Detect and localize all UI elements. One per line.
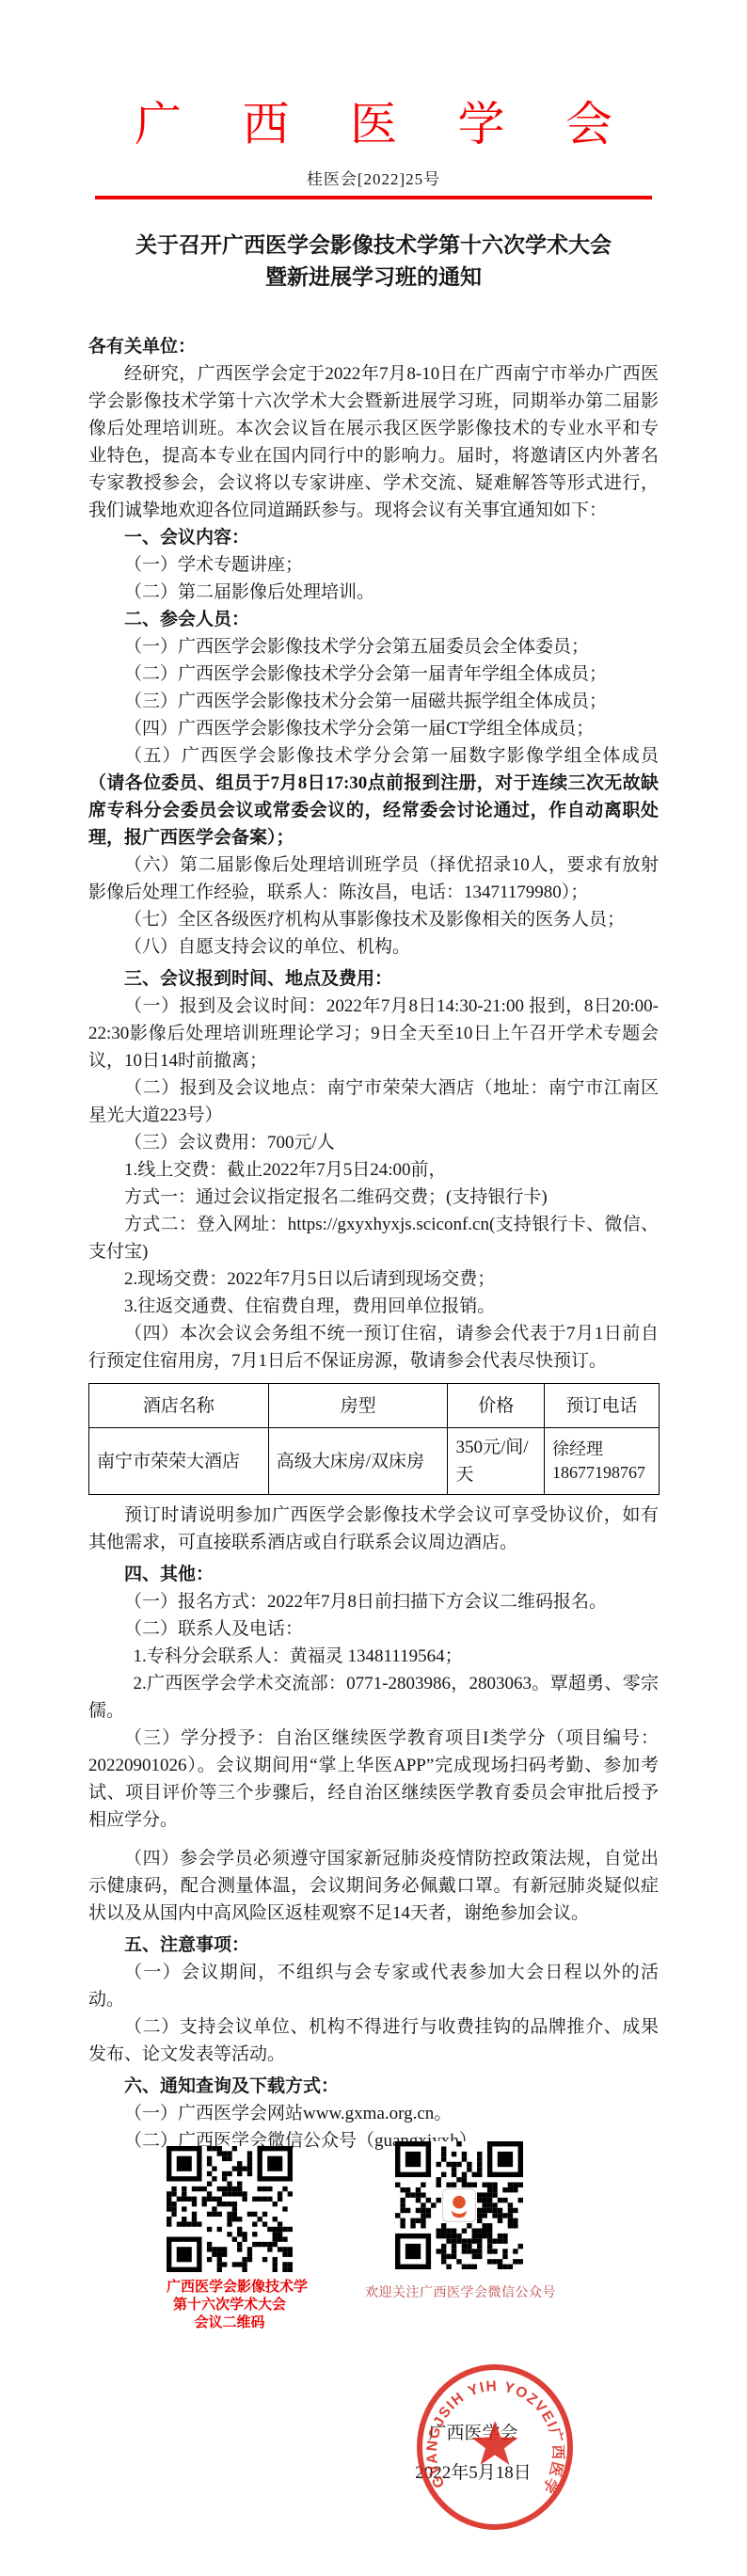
section3-item4: （四）本次会议会务组不统一预订住宿，请参会代表于7月1日前自行预定住宿用房，7月… (88, 1320, 659, 1375)
hotel-name-cell: 南宁市荣荣大酒店 (89, 1428, 269, 1495)
hotel-phone-cell: 徐经理 18677198767 (544, 1428, 659, 1495)
section3-item2: （二）报到及会议地点：南宁市荣荣大酒店（地址：南宁市江南区星光大道223号） (88, 1074, 659, 1129)
official-seal: GVANGJSIH YIH YOZVEI广西医学会 (412, 2361, 578, 2533)
section4-sub1: 1.专科分会联系人：黄福灵 13481119564； (88, 1643, 659, 1670)
section3-sub1-way1: 方式一：通过会议指定报名二维码交费；(支持银行卡) (88, 1184, 659, 1211)
section1-item2: （二）第二届影像后处理培训。 (88, 579, 659, 606)
section2-item2: （二）广西医学会影像技术学分会第一届青年学组全体成员； (88, 660, 659, 688)
section3-item3: （三）会议费用：700元/人 (88, 1129, 659, 1156)
section3-sub3: 3.往返交通费、住宿费自理，费用回单位报销。 (88, 1293, 659, 1320)
hotel-table-header-room: 房型 (268, 1384, 448, 1428)
conference-qr-block: 广西医学会影像技术学 第十六次学术大会 会议二维码 (167, 2146, 293, 2332)
after-table-paragraph: 预订时请说明参加广西医学会影像技术学会议可享受协议价，如有其他需求，可直接联系酒… (88, 1502, 659, 1556)
section2-heading: 二、参会人员： (88, 606, 659, 633)
section2-item5: （五）广西医学会影像技术学分会第一届数字影像学组全体成员（请各位委员、组员于7月… (88, 742, 659, 851)
wechat-qr-caption: 欢迎关注广西医学会微信公众号 (365, 2282, 553, 2301)
section2-item8: （八）自愿支持会议的单位、机构。 (88, 933, 659, 961)
conference-qr-caption-line3: 会议二维码 (167, 2314, 293, 2332)
section6-item1: （一）广西医学会网站www.gxma.org.cn。 (88, 2100, 659, 2127)
section2-item7: （七）全区各级医疗机构从事影像技术及影像相关的医务人员； (88, 906, 659, 933)
section4-item4: （四）参会学员必须遵守国家新冠肺炎疫情防控政策法规，自觉出示健康码，配合测量体温… (88, 1845, 659, 1927)
section3-item1: （一）报到及会议时间：2022年7月8日14:30-21:00 报到，8日20:… (88, 993, 659, 1074)
doc-title-line1: 关于召开广西医学会影像技术学第十六次学术大会 (0, 230, 747, 262)
hotel-table: 酒店名称 房型 价格 预订电话 南宁市荣荣大酒店 高级大床房/双床房 350元/… (88, 1383, 660, 1495)
section2-item5-text: （五）广西医学会影像技术学分会第一届数字影像学组全体成员 (124, 746, 659, 766)
conference-qr-caption: 广西医学会影像技术学 第十六次学术大会 会议二维码 (167, 2279, 293, 2332)
document-body: 各有关单位： 经研究，广西医学会定于2022年7月8-10日在广西南宁市举办广西… (88, 333, 659, 2155)
section2-item1: （一）广西医学会影像技术学分会第五届委员会全体委员； (88, 633, 659, 660)
salutation: 各有关单位： (88, 333, 659, 360)
section4-sub2: 2.广西医学会学术交流部：0771-2803986，2803063。覃超勇、零宗… (88, 1670, 659, 1725)
section3-sub2: 2.现场交费：2022年7月5日以后请到现场交费； (88, 1265, 659, 1293)
section2-item3: （三）广西医学会影像技术分会第一届磁共振学组全体成员； (88, 688, 659, 715)
seal-star-icon (471, 2421, 517, 2465)
seal-ring-text: GVANGJSIH YIH YOZVEI广西医学会 (412, 2361, 567, 2497)
wechat-qr-code (395, 2141, 523, 2269)
section4-heading: 四、其他： (88, 1561, 659, 1588)
hotel-table-header-price: 价格 (448, 1384, 545, 1428)
intro-paragraph: 经研究，广西医学会定于2022年7月8-10日在广西南宁市举办广西医学会影像技术… (88, 360, 659, 524)
section5-item2: （二）支持会议单位、机构不得进行与收费挂钩的品牌推介、成果发布、论文发表等活动。 (88, 2013, 659, 2068)
hotel-table-header-phone: 预订电话 (544, 1384, 659, 1428)
section2-item5-note: （请各位委员、组员于7月8日17:30点前报到注册，对于连续三次无故缺席专科分会… (88, 773, 659, 848)
hotel-price-cell: 350元/间/天 (448, 1428, 545, 1495)
conference-qr-caption-line1: 广西医学会影像技术学 (167, 2279, 293, 2297)
document-page: 广 西 医 学 会 桂医会[2022]25号 关于召开广西医学会影像技术学第十六… (0, 0, 747, 2576)
section4-item1: （一）报名方式：2022年7月8日前扫描下方会议二维码报名。 (88, 1588, 659, 1615)
hotel-table-header-name: 酒店名称 (89, 1384, 269, 1428)
section4-item2: （二）联系人及电话： (88, 1615, 659, 1643)
red-divider (95, 196, 652, 199)
wechat-qr-block: 欢迎关注广西医学会微信公众号 (365, 2141, 553, 2301)
hotel-contact-phone: 18677198767 (552, 1461, 651, 1485)
section5-item1: （一）会议期间，不组织与会专家或代表参加大会日程以外的活动。 (88, 1959, 659, 2013)
conference-qr-code (167, 2146, 293, 2272)
section2-item6: （六）第二届影像后处理培训班学员（择优招录10人，要求有放射影像后处理工作经验，… (88, 851, 659, 906)
doc-title: 关于召开广西医学会影像技术学第十六次学术大会 暨新进展学习班的通知 (0, 230, 747, 294)
hotel-table-row: 南宁市荣荣大酒店 高级大床房/双床房 350元/间/天 徐经理 18677198… (89, 1428, 660, 1495)
section5-heading: 五、注意事项： (88, 1932, 659, 1959)
section1-item1: （一）学术专题讲座； (88, 551, 659, 579)
doc-title-line2: 暨新进展学习班的通知 (0, 262, 747, 294)
section1-heading: 一、会议内容： (88, 524, 659, 551)
section3-sub1-way2: 方式二：登入网址：https://gxyxhyxjs.sciconf.cn(支持… (88, 1211, 659, 1265)
section2-item4: （四）广西医学会影像技术学分会第一届CT学组全体成员； (88, 715, 659, 742)
section6-heading: 六、通知查询及下载方式： (88, 2073, 659, 2100)
conference-qr-caption-line2: 第十六次学术大会 (167, 2297, 293, 2314)
svg-text:GVANGJSIH YIH YOZVEI广西医学会: GVANGJSIH YIH YOZVEI广西医学会 (412, 2361, 567, 2497)
org-title: 广 西 医 学 会 (0, 87, 747, 154)
doc-number: 桂医会[2022]25号 (0, 166, 747, 189)
section3-sub1: 1.线上交费：截止2022年7月5日24:00前， (88, 1156, 659, 1184)
hotel-contact-name: 徐经理 (552, 1438, 651, 1461)
hotel-room-cell: 高级大床房/双床房 (268, 1428, 448, 1495)
section4-item3: （三）学分授予：自治区继续医学教育项目I类学分（项目编号：20220901026… (88, 1725, 659, 1834)
section3-heading: 三、会议报到时间、地点及费用： (88, 965, 659, 993)
hotel-table-header-row: 酒店名称 房型 价格 预订电话 (89, 1384, 660, 1428)
